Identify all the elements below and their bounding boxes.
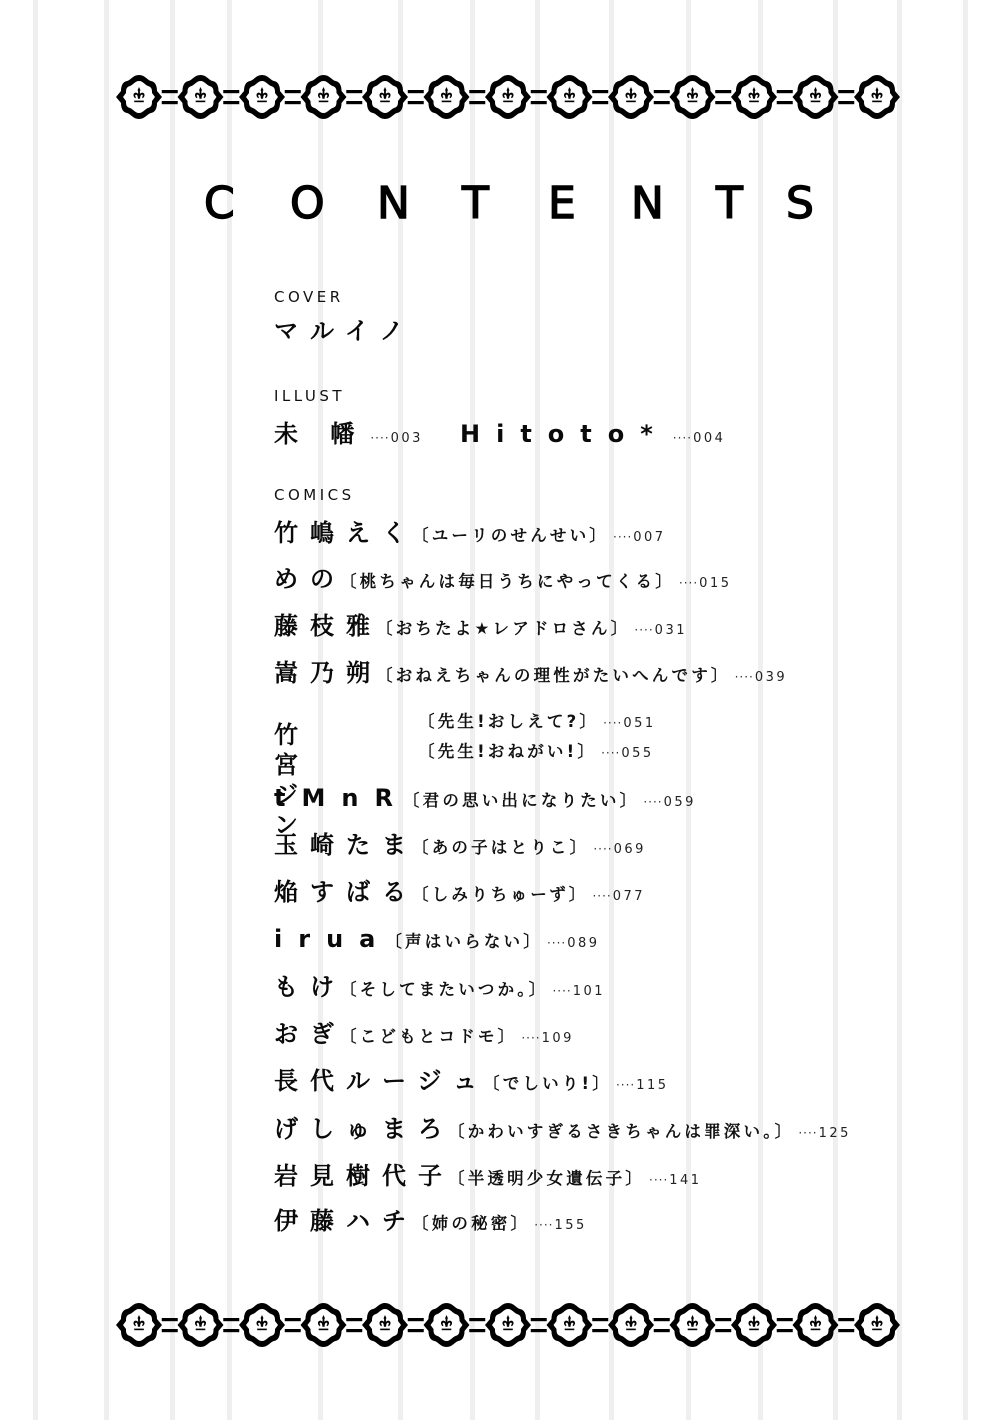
fleur-de-lis-cartouche-icon [854, 75, 900, 119]
toc-entry[interactable]: 嵩乃朔 〔おねえちゃんの理性がたいへんです〕 ···· 039 [274, 658, 787, 688]
leader-dots: ···· [534, 1218, 553, 1232]
leader-dots: ···· [735, 670, 754, 684]
toc-entry[interactable]: irua 〔声はいらない〕 ···· 089 [274, 924, 600, 954]
artist-name: irua [274, 924, 391, 954]
artist-name: 玉崎たま [274, 830, 418, 860]
title-letter: S [786, 176, 814, 232]
toc-entry[interactable]: 玉崎たま 〔あの子はとりこ〕 ···· 069 [274, 830, 646, 860]
toc-entry[interactable]: 藤枝雅 〔おちたよ★レアドロさん〕 ···· 031 [274, 611, 687, 641]
toc-entry[interactable]: 焔すばる 〔しみりちゅーず〕 ···· 077 [274, 877, 645, 907]
leader-dots: ···· [552, 984, 571, 998]
toc-entry[interactable]: おぎ 〔こどもとコドモ〕 ···· 109 [274, 1019, 574, 1049]
bottom-ornamental-border [0, 1295, 1000, 1355]
fleur-de-lis-cartouche-icon [362, 1303, 408, 1347]
work-title: 〔桃ちゃんは毎日うちにやってくる〕 [340, 568, 675, 592]
fleur-de-lis-cartouche-icon [793, 1303, 839, 1347]
artist-name: げしゅまろ [274, 1114, 454, 1144]
work-title: 〔かわいすぎるさきちゃんは罪深い。〕 [448, 1118, 794, 1142]
page-title: C O N T E N T S [0, 176, 1000, 232]
work-title: 〔おねえちゃんの理性がたいへんです〕 [376, 662, 731, 686]
illust-artist: Hitoto* [460, 419, 669, 449]
leader-dots: ···· [649, 1173, 668, 1187]
page-number: 055 [621, 746, 653, 761]
page-number: 031 [655, 623, 687, 638]
fleur-de-lis-cartouche-icon [424, 75, 470, 119]
work-title: 〔声はいらない〕 [385, 928, 543, 952]
title-letter: T [716, 176, 743, 232]
leader-dots: ···· [643, 795, 662, 809]
fleur-de-lis-cartouche-icon [608, 1303, 654, 1347]
fleur-de-lis-cartouche-icon [301, 1303, 347, 1347]
artist-name: 竹嶋えく [274, 518, 418, 548]
leader-dots: ···· [593, 842, 612, 856]
title-letter: O [290, 176, 325, 232]
toc-entry[interactable]: tMnR 〔君の思い出になりたい〕 ···· 059 [274, 783, 696, 813]
cover-entry[interactable]: マルイノ [274, 316, 415, 346]
leader-dots: ···· [547, 936, 566, 950]
work-title: 〔先生!おしえて?〕 [418, 708, 599, 732]
cover-artist: マルイノ [274, 316, 415, 346]
toc-entry[interactable]: もけ 〔そしてまたいつか。〕 ···· 101 [274, 972, 605, 1002]
artist-name: おぎ [274, 1019, 346, 1049]
artist-name: tMnR [274, 783, 409, 813]
fleur-de-lis-cartouche-icon [854, 1303, 900, 1347]
toc-subentry[interactable]: 〔先生!おねがい!〕 ···· 055 [418, 738, 654, 762]
title-letter: E [548, 176, 576, 232]
work-title: 〔しみりちゅーず〕 [412, 881, 588, 905]
work-title: 〔おちたよ★レアドロさん〕 [376, 615, 630, 639]
artist-name: 伊藤ハチ [274, 1206, 418, 1236]
title-letter: C [204, 176, 235, 232]
title-letter: N [631, 176, 664, 232]
toc-subentry[interactable]: 〔先生!おしえて?〕 ···· 051 [418, 708, 656, 732]
fleur-de-lis-cartouche-icon [731, 1303, 777, 1347]
fleur-de-lis-cartouche-icon [239, 1303, 285, 1347]
page-number: 101 [573, 984, 605, 999]
work-title: 〔先生!おねがい!〕 [418, 738, 597, 762]
page-number: 051 [623, 716, 655, 731]
section-label-cover: COVER [274, 288, 344, 306]
fleur-de-lis-cartouche-icon [362, 75, 408, 119]
fleur-de-lis-cartouche-icon [424, 1303, 470, 1347]
work-title: 〔こどもとコドモ〕 [340, 1023, 517, 1047]
page-number: 089 [567, 936, 599, 951]
fleur-de-lis-cartouche-icon [116, 1303, 162, 1347]
top-ornamental-border [0, 67, 1000, 127]
illust-artist: 未 幡 [274, 419, 366, 449]
page-number: 039 [755, 670, 787, 685]
artist-name: 焔すばる [274, 877, 418, 907]
toc-entry[interactable]: 伊藤ハチ 〔姉の秘密〕 ···· 155 [274, 1206, 587, 1236]
artist-name: 岩見樹代子 [274, 1161, 454, 1191]
fleur-de-lis-cartouche-icon [547, 75, 593, 119]
work-title: 〔半透明少女遺伝子〕 [448, 1165, 645, 1189]
fleur-de-lis-cartouche-icon [485, 1303, 531, 1347]
page-number: 003 [391, 431, 423, 446]
page-number: 141 [669, 1173, 701, 1188]
leader-dots: ···· [634, 623, 653, 637]
artist-name: めの [274, 564, 346, 594]
toc-entry[interactable]: げしゅまろ 〔かわいすぎるさきちゃんは罪深い。〕 ···· 125 [274, 1114, 851, 1144]
work-title: 〔そしてまたいつか。〕 [340, 976, 548, 1000]
page-number: 125 [819, 1126, 851, 1141]
fleur-de-lis-cartouche-icon [116, 75, 162, 119]
fleur-de-lis-cartouche-icon [547, 1303, 593, 1347]
toc-entry[interactable]: 長代ルージュ 〔でしいり!〕 ···· 115 [274, 1066, 669, 1096]
page-number: 115 [636, 1078, 668, 1093]
fleur-de-lis-cartouche-icon [793, 75, 839, 119]
leader-dots: ···· [613, 530, 632, 544]
leader-dots: ···· [616, 1078, 635, 1092]
fleur-de-lis-cartouche-icon [178, 75, 224, 119]
fleur-de-lis-cartouche-icon [731, 75, 777, 119]
page-number: 077 [613, 889, 645, 904]
fleur-de-lis-cartouche-icon [301, 75, 347, 119]
leader-dots: ···· [592, 889, 611, 903]
artist-name: 竹宮ジン [274, 720, 310, 840]
fleur-de-lis-cartouche-icon [239, 75, 285, 119]
section-label-illust: ILLUST [274, 387, 345, 405]
work-title: 〔あの子はとりこ〕 [412, 834, 589, 858]
page-number: 007 [633, 530, 665, 545]
work-title: 〔君の思い出になりたい〕 [403, 787, 639, 811]
leader-dots: ···· [370, 431, 389, 445]
title-letter: T [462, 176, 489, 232]
page-number: 059 [664, 795, 696, 810]
work-title: 〔姉の秘密〕 [412, 1210, 530, 1234]
title-letter: N [377, 176, 410, 232]
page-number: 015 [699, 576, 731, 591]
toc-entry[interactable]: 岩見樹代子 〔半透明少女遺伝子〕 ···· 141 [274, 1161, 702, 1191]
page-number: 069 [614, 842, 646, 857]
work-title: 〔ユーリのせんせい〕 [412, 522, 609, 546]
work-title: 〔でしいり!〕 [483, 1070, 612, 1094]
illust-entry[interactable]: Hitoto* ···· 004 [460, 419, 725, 449]
artist-name: 藤枝雅 [274, 611, 382, 641]
fleur-de-lis-cartouche-icon [608, 75, 654, 119]
fleur-de-lis-cartouche-icon [178, 1303, 224, 1347]
toc-entry[interactable]: 竹嶋えく 〔ユーリのせんせい〕 ···· 007 [274, 518, 666, 548]
leader-dots: ···· [679, 576, 698, 590]
fleur-de-lis-cartouche-icon [670, 1303, 716, 1347]
illust-entry[interactable]: 未 幡 ···· 003 [274, 419, 423, 449]
page-number: 155 [554, 1218, 586, 1233]
section-label-comics: COMICS [274, 486, 355, 504]
page-number: 004 [693, 431, 725, 446]
leader-dots: ···· [521, 1031, 540, 1045]
fleur-de-lis-cartouche-icon [670, 75, 716, 119]
leader-dots: ···· [673, 431, 692, 445]
artist-name: 嵩乃朔 [274, 658, 382, 688]
leader-dots: ···· [603, 716, 622, 730]
toc-entry[interactable]: めの 〔桃ちゃんは毎日うちにやってくる〕 ···· 015 [274, 564, 732, 594]
leader-dots: ···· [798, 1126, 817, 1140]
fleur-de-lis-cartouche-icon [485, 75, 531, 119]
leader-dots: ···· [601, 746, 620, 760]
artist-name: 長代ルージュ [274, 1066, 489, 1096]
page-number: 109 [542, 1031, 574, 1046]
artist-name: もけ [274, 972, 346, 1002]
